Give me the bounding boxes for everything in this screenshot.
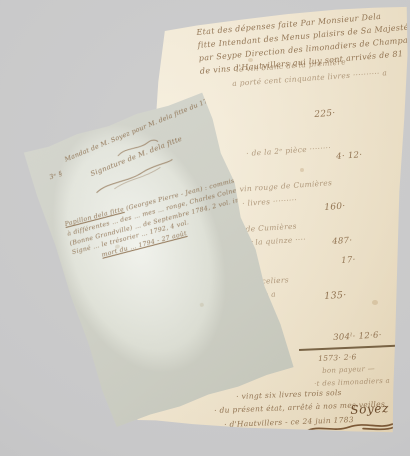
photograph-of-manuscripts: Etat des dépenses faite Par Monsieur Del… bbox=[0, 0, 410, 456]
ledger-amount: 487· bbox=[332, 237, 353, 248]
ledger-line: · de Cumières bbox=[240, 223, 297, 235]
foxing-spot bbox=[199, 302, 204, 307]
total-rule bbox=[299, 345, 396, 351]
ledger-line: · livres ········· bbox=[242, 196, 297, 208]
signature-flourish bbox=[303, 416, 399, 435]
closing-line: bon payeur — bbox=[322, 365, 375, 375]
ledger-amount: 225· bbox=[314, 109, 336, 121]
signature-soyez: Soyez bbox=[350, 402, 389, 418]
foxing-spot bbox=[300, 168, 304, 172]
section-mark: 3ᵉ § bbox=[49, 171, 64, 182]
ledger-amount: 160· bbox=[324, 202, 346, 214]
closing-line: · vingt six livres trois sols bbox=[236, 389, 342, 402]
ledger-line: · vin rouge de Cumières bbox=[234, 179, 332, 194]
ledger-amount: 4· 12· bbox=[336, 151, 363, 163]
closing-line: ·t des limonadiers a bbox=[314, 377, 390, 388]
ledger-carry: 1573· 2·6 bbox=[318, 353, 357, 363]
foxing-spot bbox=[372, 300, 378, 305]
ledger-amount: 17· bbox=[341, 256, 356, 267]
catalog-note-block: Papillon dela fitte (Georges Pierre - Je… bbox=[64, 180, 231, 267]
ledger-line: · de la 2ᵉ pièce ········ bbox=[246, 144, 331, 159]
ledger-total: 304ˡ· 12·6· bbox=[333, 331, 382, 343]
ledger-amount: 135· bbox=[324, 291, 347, 303]
